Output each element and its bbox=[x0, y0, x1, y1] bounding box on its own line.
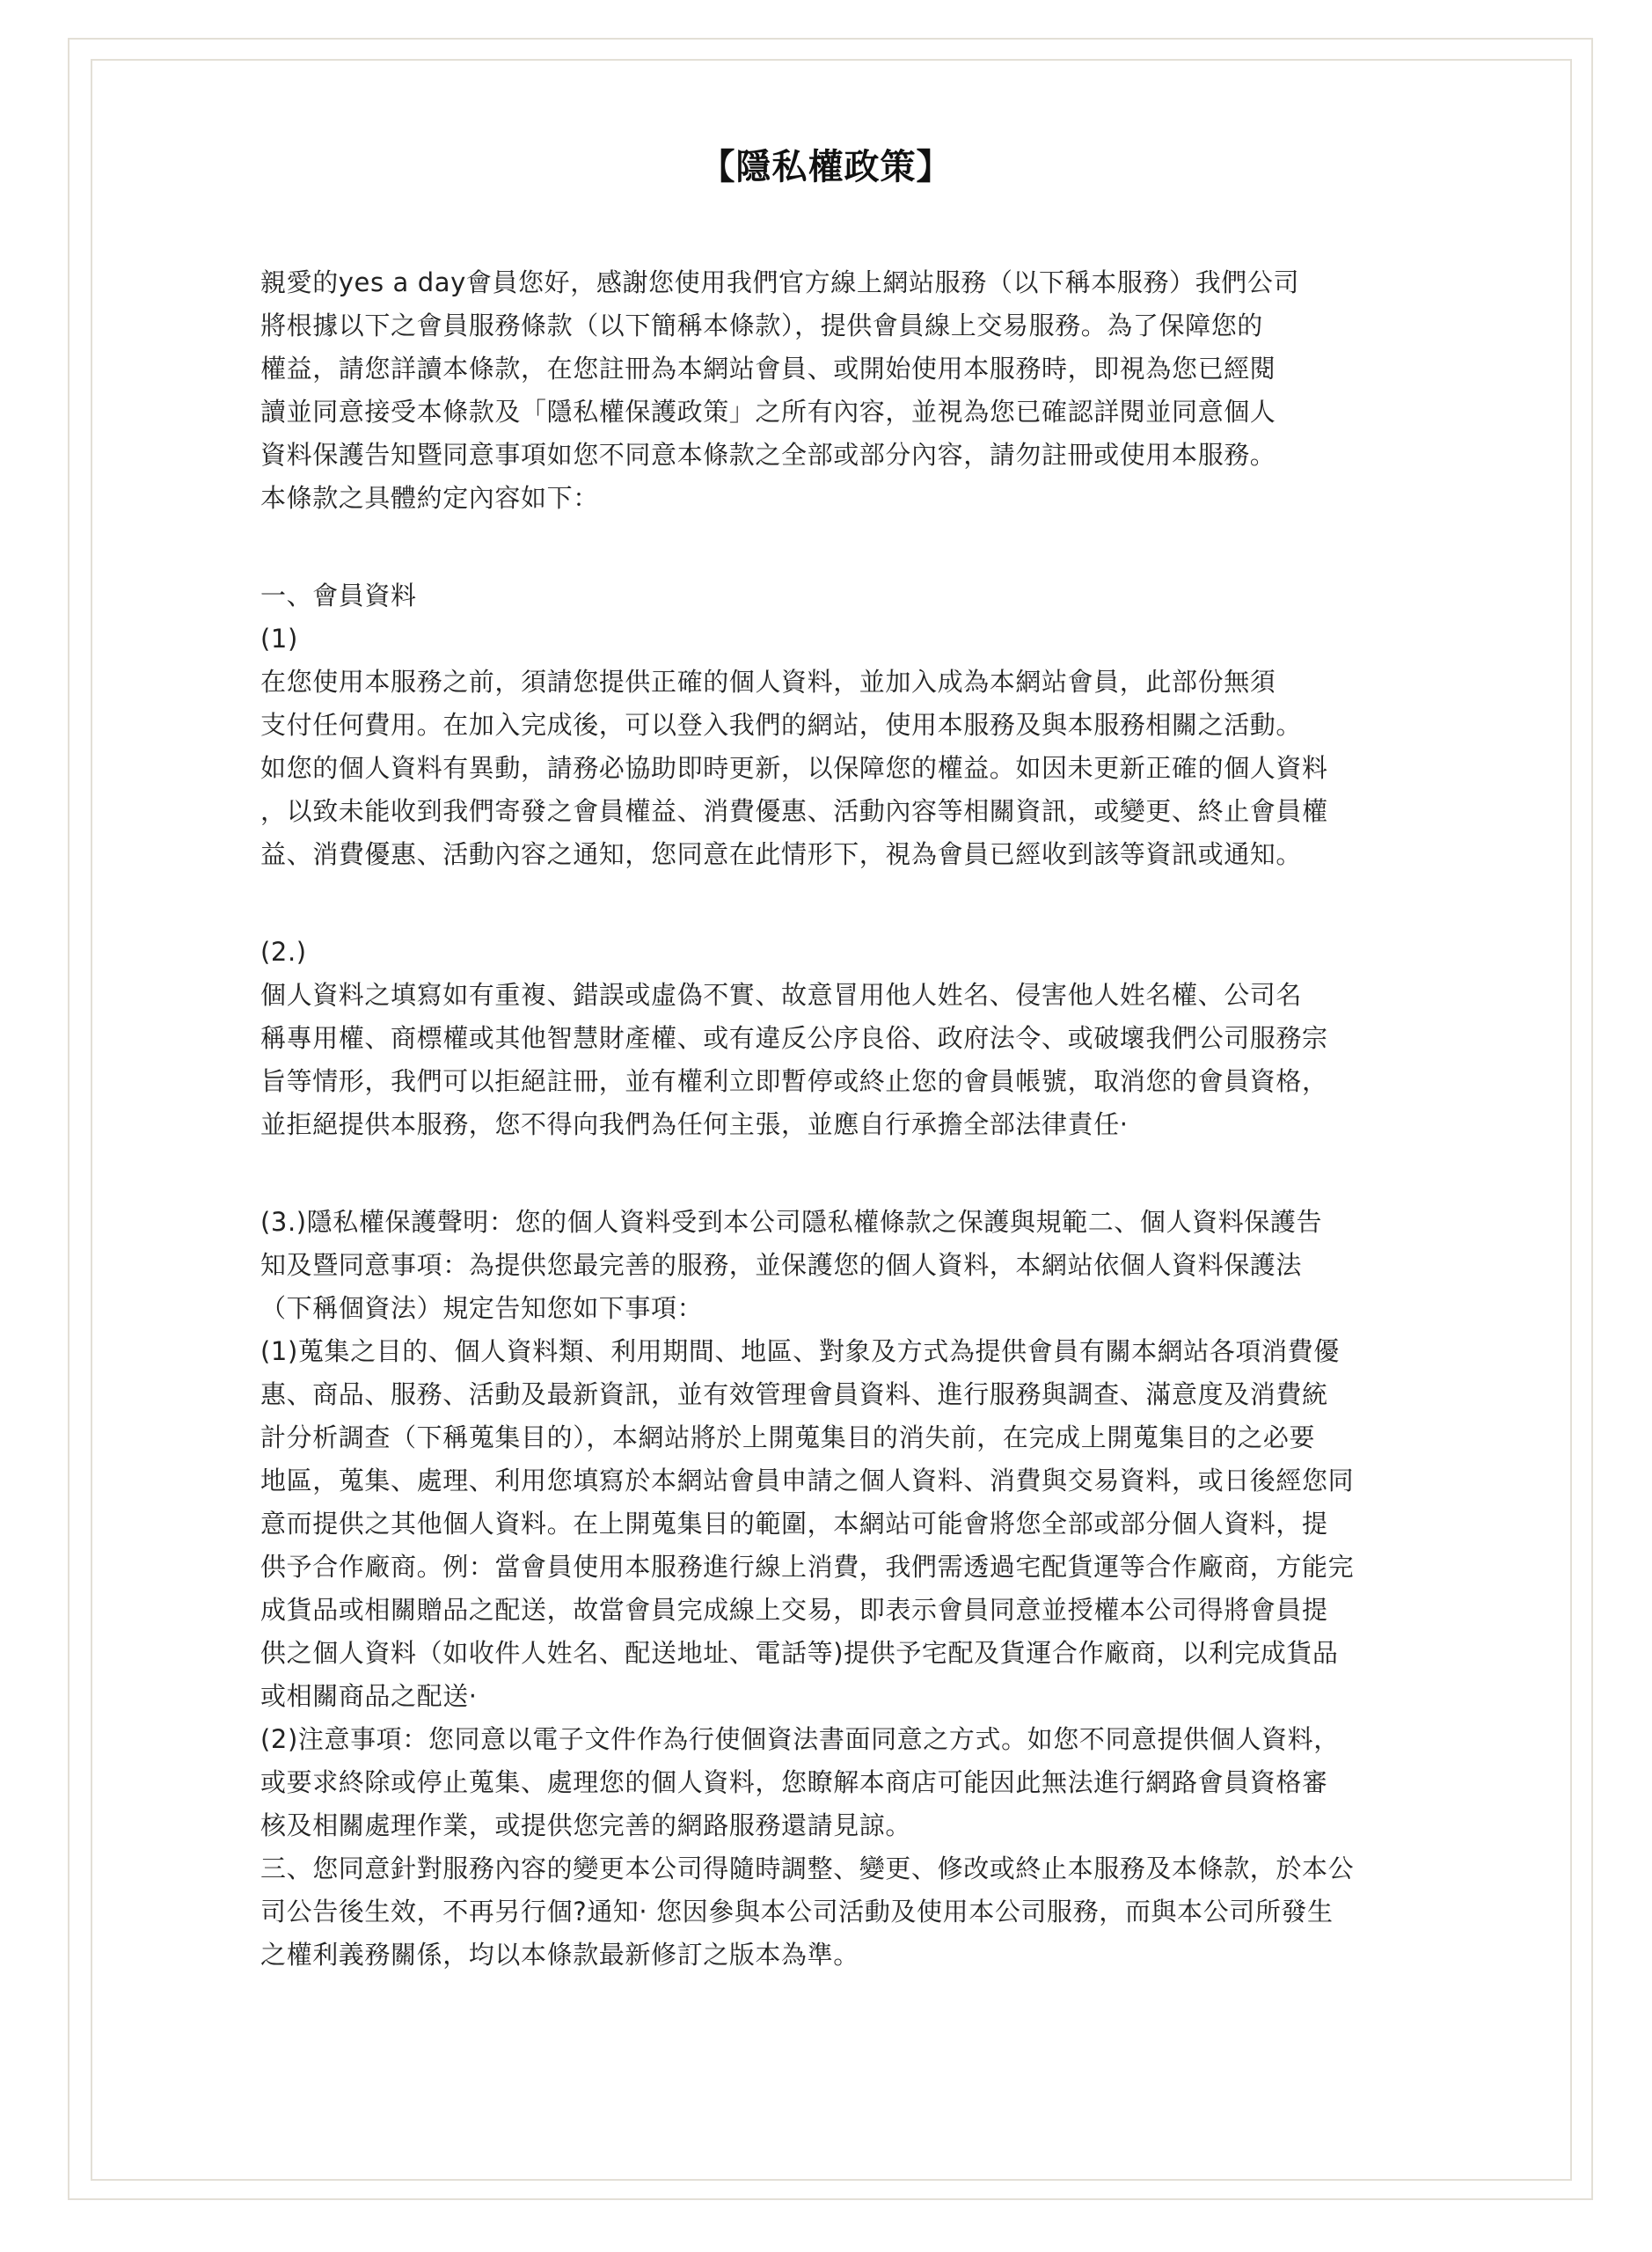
clause-line: 核及相關處理作業，或提供您完善的網路服務還請見諒。 bbox=[260, 1804, 1395, 1847]
clause-line: 計分析調查（下稱蒐集目的），本網站將於上開蒐集目的消失前，在完成上開蒐集目的之必… bbox=[260, 1416, 1395, 1459]
clause-line: 支付任何費用。在加入完成後，可以登入我們的網站，使用本服務及與本服務相關之活動。 bbox=[260, 704, 1395, 747]
clause-line: 如您的個人資料有異動，請務必協助即時更新，以保障您的權益。如因未更新正確的個人資… bbox=[260, 747, 1395, 790]
clause-line: ，以致未能收到我們寄發之會員權益、消費優惠、活動內容等相關資訊，或變更、終止會員… bbox=[260, 790, 1395, 833]
spacer bbox=[260, 520, 1395, 563]
clause-3-privacy-statement: (3.)隱私權保護聲明：您的個人資料受到本公司隱私權條款之保護與規範二、個人資料… bbox=[260, 1201, 1395, 1847]
spacer bbox=[260, 1146, 1395, 1189]
clause-line: (3.)隱私權保護聲明：您的個人資料受到本公司隱私權條款之保護與規範二、個人資料… bbox=[260, 1201, 1395, 1244]
clause-line: 供予合作廠商。例：當會員使用本服務進行線上消費，我們需透過宅配貨運等合作廠商，方… bbox=[260, 1546, 1395, 1589]
intro-line: 權益，請您詳讀本條款，在您註冊為本網站會員、或開始使用本服務時，即視為您已經閱 bbox=[260, 347, 1395, 391]
intro-line: 資料保護告知暨同意事項如您不同意本條款之全部或部分內容，請勿註冊或使用本服務。 bbox=[260, 434, 1395, 477]
clause-line: 之權利義務關係，均以本條款最新修訂之版本為準。 bbox=[260, 1934, 1395, 1977]
clause-line: 益、消費優惠、活動內容之通知，您同意在此情形下，視為會員已經收到該等資訊或通知。 bbox=[260, 833, 1395, 876]
intro-line: 本條款之具體約定內容如下： bbox=[260, 477, 1395, 520]
spacer bbox=[260, 919, 1395, 931]
clause-line: 意而提供之其他個人資料。在上開蒐集目的範圍，本網站可能會將您全部或部分個人資料，… bbox=[260, 1503, 1395, 1546]
clause-line: 成貨品或相關贈品之配送，故當會員完成線上交易，即表示會員同意並授權本公司得將會員… bbox=[260, 1589, 1395, 1632]
clause-line: 稱專用權、商標權或其他智慧財產權、或有違反公序良俗、政府法令、或破壞我們公司服務… bbox=[260, 1017, 1395, 1060]
clause-line: (2)注意事項：您同意以電子文件作為行使個資法書面同意之方式。如您不同意提供個人… bbox=[260, 1718, 1395, 1761]
section-member-data: 一、會員資料 (1) 在您使用本服務之前，須請您提供正確的個人資料，並加入成為本… bbox=[260, 574, 1395, 1847]
section-heading: 一、會員資料 bbox=[260, 574, 1395, 618]
clause-line: 個人資料之填寫如有重複、錯誤或虛偽不實、故意冒用他人姓名、侵害他人姓名權、公司名 bbox=[260, 974, 1395, 1017]
intro-line: 讀並同意接受本條款及「隱私權保護政策」之所有內容，並視為您已確認詳閱並同意個人 bbox=[260, 391, 1395, 434]
clause-label: (2.) bbox=[260, 931, 1395, 974]
intro-line: 親愛的yes a day會員您好，感謝您使用我們官方線上網站服務（以下稱本服務）… bbox=[260, 261, 1395, 304]
clause-1: (1) 在您使用本服務之前，須請您提供正確的個人資料，並加入成為本網站會員，此部… bbox=[260, 618, 1395, 876]
intro-line: 將根據以下之會員服務條款（以下簡稱本條款），提供會員線上交易服務。為了保障您的 bbox=[260, 304, 1395, 347]
spacer bbox=[260, 1189, 1395, 1201]
page-title: 【隱私權政策】 bbox=[0, 141, 1652, 194]
clause-line: 知及暨同意事項：為提供您最完善的服務，並保護您的個人資料，本網站依個人資料保護法 bbox=[260, 1244, 1395, 1287]
clause-line: 司公告後生效，不再另行個?通知· 您因參與本公司活動及使用本公司服務，而與本公司… bbox=[260, 1890, 1395, 1934]
policy-body: 親愛的yes a day會員您好，感謝您使用我們官方線上網站服務（以下稱本服務）… bbox=[260, 261, 1395, 1977]
clause-line: 供之個人資料（如收件人姓名、配送地址、電話等)提供予宅配及貨運合作廠商，以利完成… bbox=[260, 1632, 1395, 1675]
clause-line: 或相關商品之配送· bbox=[260, 1675, 1395, 1718]
intro-paragraph: 親愛的yes a day會員您好，感謝您使用我們官方線上網站服務（以下稱本服務）… bbox=[260, 261, 1395, 520]
clause-line: 在您使用本服務之前，須請您提供正確的個人資料，並加入成為本網站會員，此部份無須 bbox=[260, 661, 1395, 704]
clause-line: (1)蒐集之目的、個人資料類、利用期間、地區、對象及方式為提供會員有關本網站各項… bbox=[260, 1330, 1395, 1373]
clause-line: 旨等情形，我們可以拒絕註冊，並有權利立即暫停或終止您的會員帳號，取消您的會員資格… bbox=[260, 1060, 1395, 1103]
clause-line: 惠、商品、服務、活動及最新資訊，並有效管理會員資料、進行服務與調查、滿意度及消費… bbox=[260, 1373, 1395, 1416]
clause-line: 並拒絕提供本服務，您不得向我們為任何主張，並應自行承擔全部法律責任· bbox=[260, 1103, 1395, 1146]
clause-line: 或要求終除或停止蒐集、處理您的個人資料，您瞭解本商店可能因此無法進行網路會員資格… bbox=[260, 1761, 1395, 1804]
clause-line: 地區，蒐集、處理、利用您填寫於本網站會員申請之個人資料、消費與交易資料，或日後經… bbox=[260, 1459, 1395, 1503]
clause-line: （下稱個資法）規定告知您如下事項： bbox=[260, 1287, 1395, 1330]
section-terms-changes: 三、您同意針對服務內容的變更本公司得隨時調整、變更、修改或終止本服務及本條款，於… bbox=[260, 1847, 1395, 1977]
spacer bbox=[260, 563, 1395, 574]
clause-2: (2.) 個人資料之填寫如有重複、錯誤或虛偽不實、故意冒用他人姓名、侵害他人姓名… bbox=[260, 931, 1395, 1146]
spacer bbox=[260, 876, 1395, 919]
clause-label: (1) bbox=[260, 618, 1395, 661]
clause-line: 三、您同意針對服務內容的變更本公司得隨時調整、變更、修改或終止本服務及本條款，於… bbox=[260, 1847, 1395, 1890]
